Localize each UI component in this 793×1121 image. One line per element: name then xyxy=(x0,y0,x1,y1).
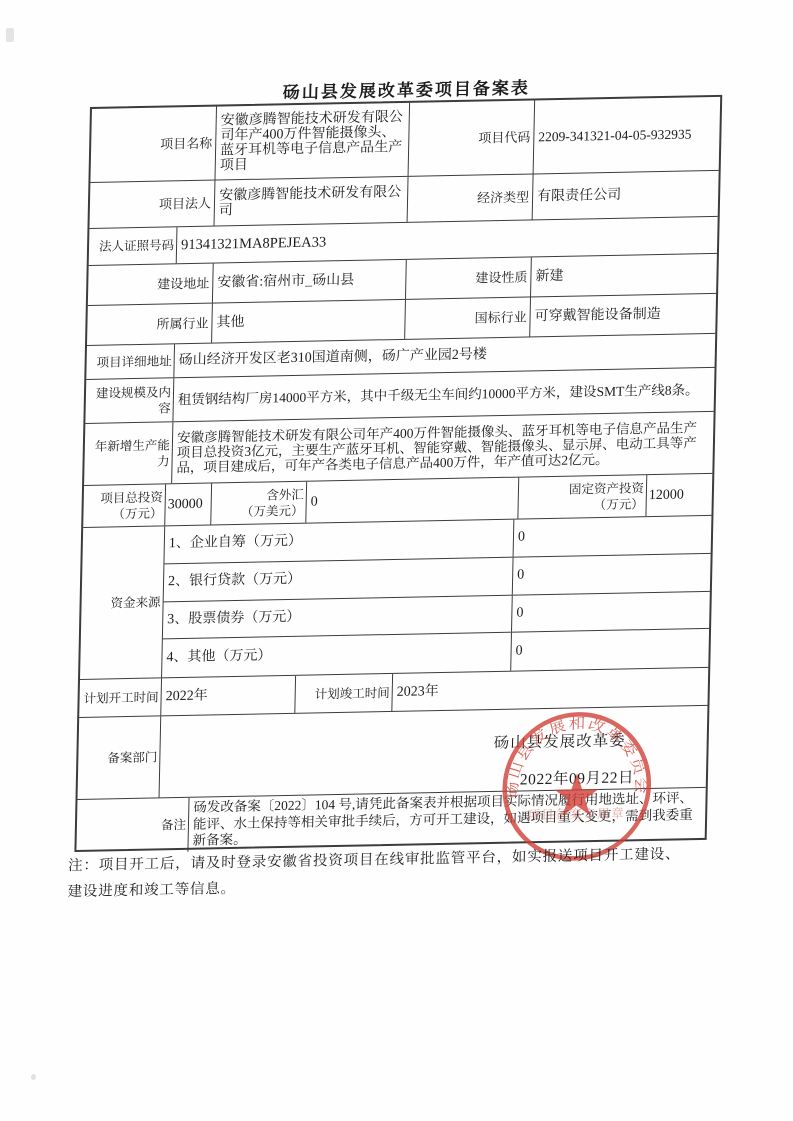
funding-items: 1、企业自筹（万元） 0 2、银行贷款（万元） 0 3、股票债券（万元） 0 4… xyxy=(162,516,711,677)
fixed-assets-label: 固定资产投资 （万元） xyxy=(518,475,647,518)
total-investment-label: 项目总投资 （万元） xyxy=(83,484,166,527)
project-name-label: 项目名称 xyxy=(90,107,217,182)
scanned-form-sheet: 砀山县发展改革委项目备案表 项目名称 安徽彦腾智能技术研发有限公司年产400万件… xyxy=(0,0,793,1121)
funding-item-name: 2、银行贷款（万元） xyxy=(164,557,514,600)
national-industry-value: 可穿戴智能设备制造 xyxy=(530,294,716,337)
table-row: 项目名称 安徽彦腾智能技术研发有限公司年产400万件智能摄像头、蓝牙耳机等电子信… xyxy=(90,97,720,183)
filing-dept-cell: 砀山县发展改革委 2022年09月22日 xyxy=(160,706,708,797)
new-capacity-value: 安徽彦腾智能技术研发有限公司年产400万件智能摄像头、蓝牙耳机等电子信息产品生产… xyxy=(172,412,713,483)
complete-time-label: 计划竣工时间 xyxy=(295,674,393,713)
filing-dept-label: 备案部门 xyxy=(78,716,162,799)
filing-form-table: 项目名称 安徽彦腾智能技术研发有限公司年产400万件智能摄像头、蓝牙耳机等电子信… xyxy=(74,95,722,852)
funding-item-value: 0 xyxy=(511,629,709,671)
industry-value: 其他 xyxy=(212,300,406,343)
foreign-exchange-label: 含外汇 （万美元） xyxy=(211,482,307,525)
remarks-label: 备注 xyxy=(76,798,189,854)
funding-item-value: 0 xyxy=(513,554,711,595)
construction-nature-value: 新建 xyxy=(531,254,717,297)
construction-address-label: 建设地址 xyxy=(88,264,214,305)
funding-item-name: 3、股票债券（万元） xyxy=(163,595,513,638)
construction-address-value: 安徽省:宿州市_砀山县 xyxy=(213,260,407,303)
start-time-label: 计划开工时间 xyxy=(79,678,162,717)
funding-item-value: 0 xyxy=(514,516,712,557)
economic-type-label: 经济类型 xyxy=(408,174,534,221)
legal-person-label: 项目法人 xyxy=(89,181,215,228)
project-code-value: 2209-341321-04-05-932935 xyxy=(534,97,721,174)
complete-time-value: 2023年 xyxy=(392,668,708,711)
filing-date: 2022年09月22日 xyxy=(520,770,634,788)
footnote-text: 注：项目开工后，请及时登录安徽省投资项目在线审批监管平台，如实报送项目开工建设、… xyxy=(67,841,684,905)
table-row: 备案部门 砀山县发展改革委 2022年09月22日 xyxy=(77,706,707,800)
total-investment-value: 30000 xyxy=(165,484,212,526)
construction-nature-label: 建设性质 xyxy=(406,257,532,298)
foreign-exchange-value: 0 xyxy=(306,478,519,523)
start-time-value: 2022年 xyxy=(161,676,296,716)
national-industry-label: 国标行业 xyxy=(405,297,531,338)
new-capacity-label: 年新增生产能力 xyxy=(84,422,173,485)
funding-sources-block: 资金来源 1、企业自筹（万元） 0 2、银行贷款（万元） 0 3、股票债券（万元… xyxy=(80,516,711,680)
funding-label: 资金来源 xyxy=(80,526,165,679)
detail-address-label: 项目详细地址 xyxy=(86,344,175,379)
industry-label: 所属行业 xyxy=(87,304,213,345)
funding-item-value: 0 xyxy=(512,591,710,632)
license-no-label: 法人证照号码 xyxy=(89,227,178,265)
project-code-label: 项目代码 xyxy=(409,100,536,175)
legal-person-value: 安徽彦腾智能技术研发有限公司 xyxy=(215,177,409,226)
funding-item-name: 1、企业自筹（万元） xyxy=(164,520,514,563)
project-name-value: 安徽彦腾智能技术研发有限公司年产400万件智能摄像头、蓝牙耳机等电子信息产品生产… xyxy=(215,103,410,180)
scale-content-label: 建设规模及内容 xyxy=(85,378,174,423)
economic-type-value: 有限责任公司 xyxy=(533,171,719,220)
fixed-assets-value: 12000 xyxy=(646,474,712,516)
filing-authority-name: 砀山县发展改革委 xyxy=(493,733,625,752)
funding-item-name: 4、其他（万元） xyxy=(162,633,512,677)
